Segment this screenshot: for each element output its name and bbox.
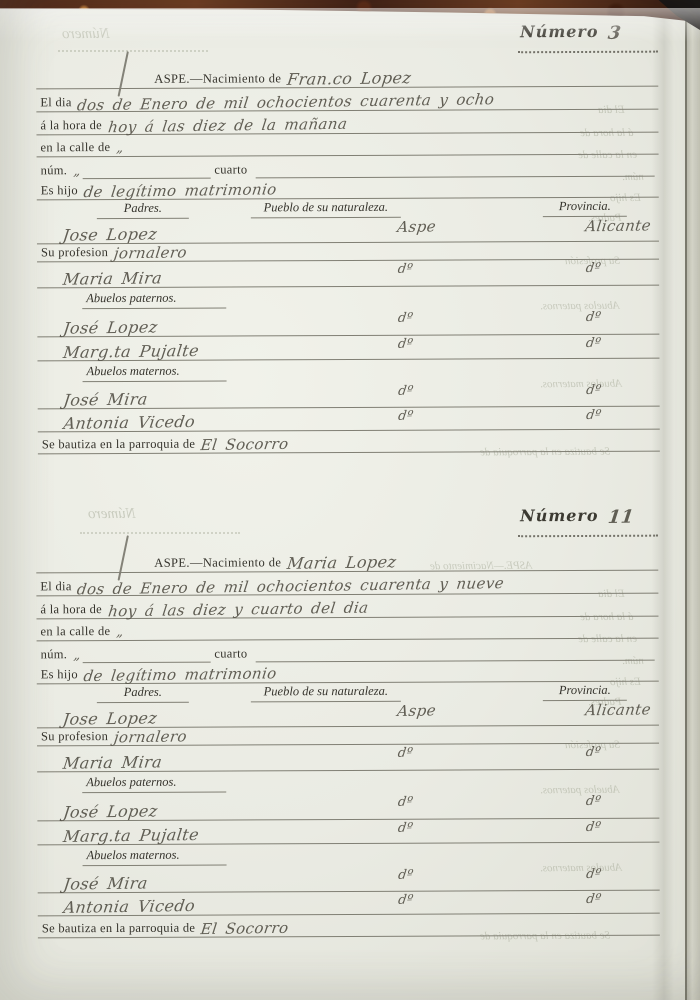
paternal-grandfather-province: dº bbox=[584, 310, 603, 336]
paternal-grandfather-town: dº bbox=[396, 795, 415, 821]
maternal-grandmother-name: Antonia Vicedo bbox=[62, 896, 196, 917]
bleedthrough-line bbox=[80, 532, 240, 534]
profession-label: Su profesion bbox=[41, 245, 108, 260]
street-label: en la calle de bbox=[41, 624, 111, 639]
maternal-grandfather-province: dº bbox=[584, 383, 602, 408]
profession-value: jornalero bbox=[113, 243, 188, 262]
legitimacy-label: Es hijo bbox=[41, 183, 78, 198]
numero-value: 3 bbox=[607, 23, 623, 44]
paternal-grandfather-row: José Lopez dº dº bbox=[37, 793, 659, 822]
bleedthrough-text: Número bbox=[62, 26, 110, 43]
numero-label: Número bbox=[520, 22, 599, 41]
record-number-row: Número 11 bbox=[520, 505, 670, 527]
maternal-grandmother-town: dº bbox=[396, 409, 414, 432]
mother-town: dº bbox=[395, 262, 414, 288]
baptism-parish: El Socorro bbox=[200, 435, 290, 454]
hour-label: á la hora de bbox=[40, 602, 102, 617]
record-number-row: Número 3 bbox=[520, 21, 670, 43]
house-number-value: „ bbox=[72, 164, 81, 179]
maternal-grandfather-name: José Mira bbox=[62, 873, 149, 893]
father-town: Aspe bbox=[395, 701, 437, 728]
baptism-line: Se bautiza en la parroquia de El Socorro bbox=[38, 914, 660, 939]
mother-row: Maria Mira dº dº bbox=[37, 260, 659, 289]
paternal-grandmother-name: Marg.ta Pujalte bbox=[62, 341, 200, 362]
mother-row: Maria Mira dº dº bbox=[37, 744, 659, 773]
date-line: El dia dos de Enero de mil ochocientos c… bbox=[36, 87, 658, 113]
birth-record-2: Número 11 ASPE.—Nacimiento de Maria Lope… bbox=[36, 505, 658, 508]
father-name: Jose Lopez bbox=[62, 224, 159, 244]
mother-name: Maria Mira bbox=[62, 268, 164, 288]
paternal-grandmother-town: dº bbox=[396, 821, 414, 845]
father-row: Jose Lopez Aspe Alicante bbox=[37, 215, 659, 245]
header-label: ASPE.—Nacimiento de bbox=[154, 71, 281, 87]
baptism-label: Se bautiza en la parroquia de bbox=[42, 921, 196, 937]
paternal-grandfather-name: José Lopez bbox=[62, 317, 159, 337]
record-header-line: ASPE.—Nacimiento de Fran.co Lopez bbox=[36, 59, 658, 90]
baptism-line: Se bautiza en la parroquia de El Socorro bbox=[38, 430, 660, 455]
maternal-grandmother-row: Antonia Vicedo dº dº bbox=[38, 891, 660, 917]
maternal-grandmother-row: Antonia Vicedo dº dº bbox=[38, 407, 660, 433]
room-label: cuarto bbox=[214, 162, 247, 177]
register-page: NúmeroNúmeroEl diaá la hora deen la call… bbox=[0, 0, 700, 1000]
baptism-parish: El Socorro bbox=[200, 919, 290, 938]
birth-record-1: Número 3 ASPE.—Nacimiento de Fran.co Lop… bbox=[36, 21, 658, 24]
maternal-grandfather-row: José Mira dº dº bbox=[38, 866, 660, 894]
house-number-label: núm. bbox=[41, 647, 68, 662]
number-room-line: núm. „ cuarto bbox=[37, 155, 659, 180]
hour-line: á la hora de hoy á las diez de la mañana bbox=[36, 110, 658, 136]
mother-town: dº bbox=[395, 746, 414, 772]
date-label: El dia bbox=[40, 579, 71, 594]
maternal-grandparents-label: Abuelos maternos. bbox=[82, 364, 226, 383]
child-name: Maria Lopez bbox=[286, 552, 398, 573]
record-header-line: ASPE.—Nacimiento de Maria Lopez bbox=[36, 543, 658, 574]
mother-province: dº bbox=[583, 745, 602, 771]
maternal-grandfather-row: José Mira dº dº bbox=[38, 382, 660, 410]
paternal-grandmother-row: Marg.ta Pujalte dº dº bbox=[37, 819, 659, 846]
mother-province: dº bbox=[583, 261, 602, 287]
paternal-grandmother-town: dº bbox=[396, 337, 414, 361]
profession-label: Su profesion bbox=[41, 729, 108, 744]
baptism-label: Se bautiza en la parroquia de bbox=[42, 437, 196, 453]
house-number-value: „ bbox=[72, 648, 81, 663]
legitimacy-label: Es hijo bbox=[41, 667, 78, 682]
paternal-grandmother-row: Marg.ta Pujalte dº dº bbox=[37, 335, 659, 362]
paternal-grandfather-name: José Lopez bbox=[62, 801, 159, 821]
father-town: Aspe bbox=[395, 217, 437, 244]
bleedthrough-line bbox=[58, 50, 208, 52]
father-name: Jose Lopez bbox=[62, 708, 159, 728]
street-value: „ bbox=[115, 625, 124, 640]
father-province: Alicante bbox=[583, 700, 652, 727]
street-value: „ bbox=[115, 141, 124, 156]
paternal-grandparents-label: Abuelos paternos. bbox=[82, 775, 226, 794]
father-row: Jose Lopez Aspe Alicante bbox=[37, 699, 659, 729]
paternal-grandparents-label: Abuelos paternos. bbox=[82, 291, 226, 310]
numero-underline bbox=[518, 535, 658, 538]
paternal-grandmother-province: dº bbox=[584, 336, 602, 360]
mother-name: Maria Mira bbox=[62, 752, 164, 772]
paternal-grandfather-province: dº bbox=[584, 794, 603, 820]
maternal-grandfather-town: dº bbox=[396, 868, 414, 893]
bleedthrough-text: Número bbox=[88, 506, 136, 523]
numero-value: 11 bbox=[607, 507, 636, 528]
street-line: en la calle de „ bbox=[36, 617, 658, 642]
number-room-line: núm. „ cuarto bbox=[37, 639, 659, 664]
room-label: cuarto bbox=[214, 646, 247, 661]
maternal-grandmother-province: dº bbox=[584, 408, 602, 431]
profession-value: jornalero bbox=[113, 727, 188, 746]
child-name: Fran.co Lopez bbox=[286, 68, 413, 89]
maternal-grandfather-province: dº bbox=[584, 867, 602, 892]
street-line: en la calle de „ bbox=[36, 133, 658, 158]
maternal-grandfather-town: dº bbox=[396, 384, 414, 409]
header-label: ASPE.—Nacimiento de bbox=[154, 555, 281, 571]
paternal-grandmother-province: dº bbox=[584, 820, 602, 844]
maternal-grandmother-town: dº bbox=[396, 893, 414, 916]
maternal-grandfather-name: José Mira bbox=[62, 389, 149, 409]
paternal-grandfather-row: José Lopez dº dº bbox=[37, 309, 659, 338]
paternal-grandmother-name: Marg.ta Pujalte bbox=[62, 825, 200, 846]
maternal-grandmother-name: Antonia Vicedo bbox=[62, 412, 196, 433]
hour-line: á la hora de hoy á las diez y cuarto del… bbox=[36, 594, 658, 620]
father-province: Alicante bbox=[583, 216, 652, 243]
numero-label: Número bbox=[520, 506, 599, 525]
page-edge bbox=[685, 0, 700, 1000]
hour-value: hoy á las diez de la mañana bbox=[107, 115, 348, 137]
maternal-grandmother-province: dº bbox=[584, 892, 602, 915]
hour-label: á la hora de bbox=[40, 118, 102, 133]
date-line: El dia dos de Enero de mil ochocientos c… bbox=[36, 571, 658, 597]
house-number-label: núm. bbox=[41, 163, 68, 178]
paternal-grandfather-town: dº bbox=[396, 311, 415, 337]
numero-underline bbox=[518, 51, 658, 54]
maternal-grandparents-label: Abuelos maternos. bbox=[82, 848, 226, 867]
street-label: en la calle de bbox=[41, 140, 111, 155]
date-label: El dia bbox=[40, 95, 71, 110]
